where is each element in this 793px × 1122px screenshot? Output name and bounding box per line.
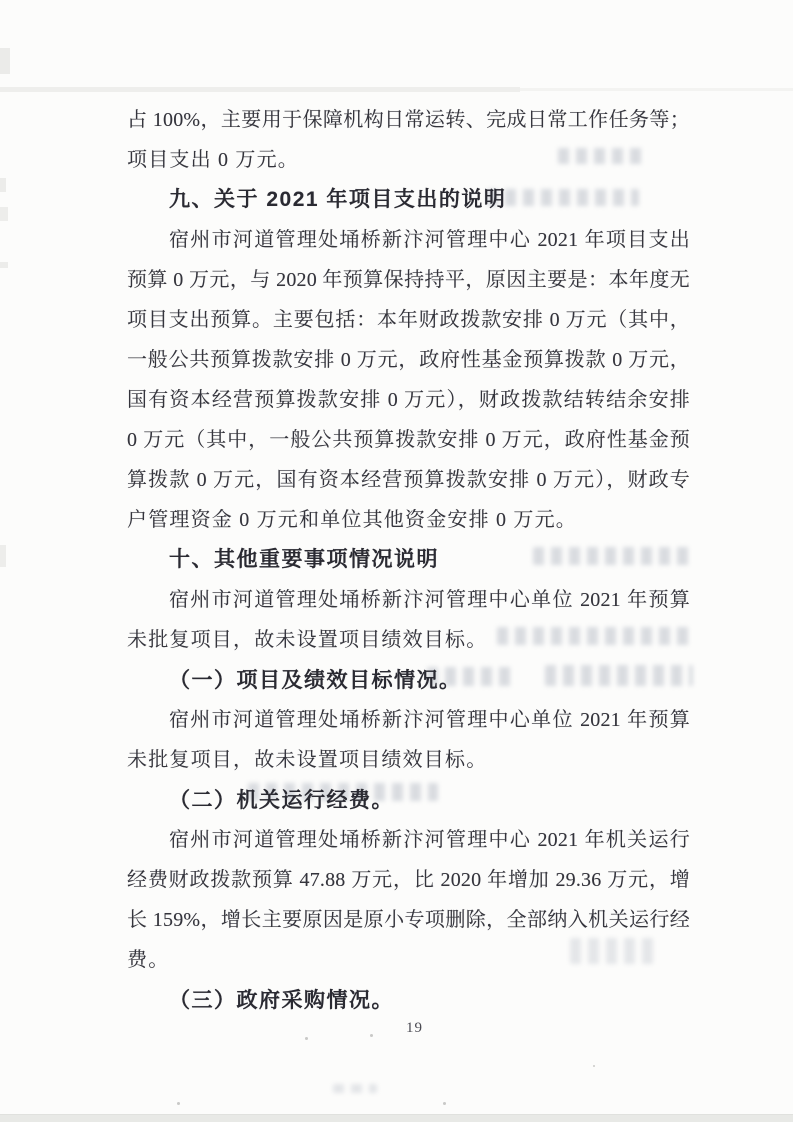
text-line: 费。 — [127, 940, 690, 980]
scanned-document-page: 占 100%，主要用于保障机构日常运转、完成日常工作任务等； 项目支出 0 万元… — [0, 0, 793, 1122]
scan-edge-mark — [0, 178, 6, 192]
text-line: 算拨款 0 万元，国有资本经营预算拨款安排 0 万元），财政专 — [127, 460, 690, 500]
text-line: 一般公共预算拨款安排 0 万元，政府性基金预算拨款 0 万元， — [127, 340, 690, 380]
page-number: 19 — [406, 1020, 423, 1037]
text-line: 未批复项目，故未设置项目绩效目标。 — [127, 740, 690, 780]
heading-subsection-1: （一）项目及绩效目标情况。 — [127, 660, 690, 700]
text-line: 宿州市河道管理处埇桥新汴河管理中心 2021 年机关运行 — [127, 820, 690, 860]
bleedthrough-smudge — [333, 1084, 377, 1093]
scan-speck — [593, 1065, 595, 1067]
scan-streak — [0, 87, 520, 92]
scan-speck — [443, 1102, 446, 1105]
scan-edge-mark — [0, 262, 8, 268]
text-line: 占 100%，主要用于保障机构日常运转、完成日常工作任务等； — [127, 100, 690, 140]
text-line: 0 万元（其中，一般公共预算拨款安排 0 万元，政府性基金预 — [127, 420, 690, 460]
document-body: 占 100%，主要用于保障机构日常运转、完成日常工作任务等； 项目支出 0 万元… — [127, 100, 690, 1020]
text-line: 宿州市河道管理处埇桥新汴河管理中心 2021 年项目支出 — [127, 220, 690, 260]
heading-section-9: 九、关于 2021 年项目支出的说明 — [127, 180, 690, 220]
scan-edge-mark — [0, 545, 6, 567]
text-line: 项目支出 0 万元。 — [127, 140, 690, 180]
text-line: 国有资本经营预算拨款安排 0 万元），财政拨款结转结余安排 — [127, 380, 690, 420]
text-line: 宿州市河道管理处埇桥新汴河管理中心单位 2021 年预算 — [127, 580, 690, 620]
text-line: 未批复项目，故未设置项目绩效目标。 — [127, 620, 690, 660]
scan-speck — [370, 1034, 373, 1037]
text-line: 户管理资金 0 万元和单位其他资金安排 0 万元。 — [127, 500, 690, 540]
heading-subsection-3: （三）政府采购情况。 — [127, 980, 690, 1020]
scan-streak — [520, 88, 793, 91]
heading-section-10: 十、其他重要事项情况说明 — [127, 540, 690, 580]
text-line: 项目支出预算。主要包括：本年财政拨款安排 0 万元（其中， — [127, 300, 690, 340]
scan-edge-mark — [0, 48, 10, 74]
scan-speck — [177, 1102, 180, 1105]
heading-subsection-2: （二）机关运行经费。 — [127, 780, 690, 820]
text-line: 长 159%，增长主要原因是原小专项删除，全部纳入机关运行经 — [127, 900, 690, 940]
text-line: 宿州市河道管理处埇桥新汴河管理中心单位 2021 年预算 — [127, 700, 690, 740]
text-line: 预算 0 万元，与 2020 年预算保持持平，原因主要是：本年度无 — [127, 260, 690, 300]
scan-bottom-band — [0, 1114, 793, 1122]
text-line: 经费财政拨款预算 47.88 万元，比 2020 年增加 29.36 万元，增 — [127, 860, 690, 900]
scan-edge-mark — [0, 207, 8, 221]
scan-speck — [305, 1037, 308, 1040]
